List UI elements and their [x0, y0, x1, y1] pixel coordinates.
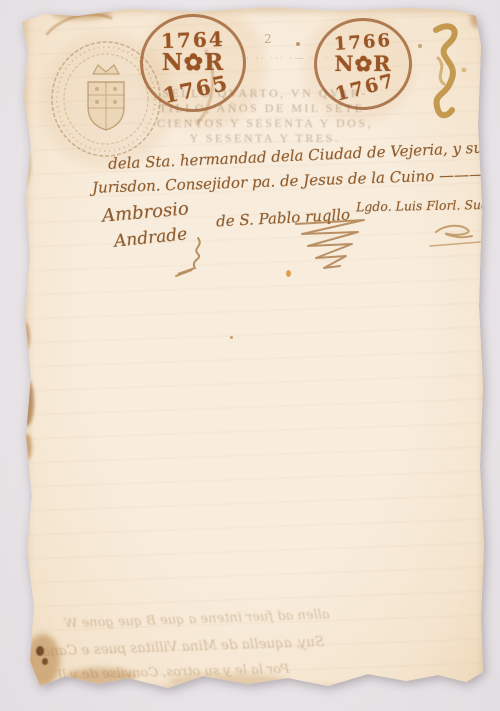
signature-andrade: Andrade	[113, 224, 188, 252]
left-edge-browning	[18, 6, 32, 692]
suarez-rubric-icon	[426, 222, 484, 250]
stain-blot	[470, 6, 484, 28]
bottom-edge-browning	[18, 682, 486, 692]
stain-arc-icon	[32, 4, 137, 88]
ink-flourish-icon	[408, 18, 472, 128]
printed-line: TILLO, AÑOS DE MIL SETE-	[146, 101, 384, 116]
printed-line: CIENTOS Y SESENTA Y DOS,	[146, 116, 384, 131]
stain-spot	[286, 270, 291, 277]
stain-blot	[20, 378, 34, 426]
page-number: 2	[264, 32, 272, 46]
stamp-top-year: 1764	[161, 29, 225, 51]
manuscript-sheet: 1764 N✿R 1765 1766 N✿R 1767 2 · ·· ··· ·…	[18, 6, 486, 692]
stain-spot	[230, 336, 233, 339]
stain-blot	[22, 434, 32, 460]
bleedthrough-line-3: Por la le y su otros, Convilse de y ll	[58, 662, 290, 683]
bleedthrough-line-2: Suy, aquella de Mina Villitas pues e Can…	[42, 634, 325, 660]
photo-of-historical-document: 1764 N✿R 1765 1766 N✿R 1767 2 · ·· ··· ·…	[0, 0, 500, 711]
stain-blot	[18, 322, 30, 352]
handwritten-line-3: de S. Pablo ruqllo	[216, 206, 351, 231]
stain-blot	[26, 634, 60, 686]
stamp-top-year: 1766	[333, 32, 392, 54]
stain-blot	[52, 8, 112, 20]
bleedthrough-line-1: allen ad fuer intene a que B que gone W	[64, 607, 330, 631]
top-edge-browning	[18, 6, 486, 16]
paper-shadow-wrap: 1764 N✿R 1765 1766 N✿R 1767 2 · ·· ··· ·…	[18, 6, 486, 704]
faint-print-residue: · ·· ··· ·— ·· ·	[246, 54, 330, 64]
signature-suarez: Lgdo. Luis Florl. Suarez	[356, 197, 500, 215]
stamp-monogram: N✿R	[162, 51, 224, 74]
printed-seal-text-block: SELLO QVARTO, VN QVAR- TILLO, AÑOS DE MI…	[146, 86, 384, 146]
printed-line: SELLO QVARTO, VN QVAR-	[146, 86, 384, 101]
signature-ambrosio: Ambrosio	[101, 198, 189, 226]
stain-blot	[16, 144, 30, 186]
stain-spot	[296, 42, 300, 46]
right-edge-browning	[478, 6, 486, 692]
